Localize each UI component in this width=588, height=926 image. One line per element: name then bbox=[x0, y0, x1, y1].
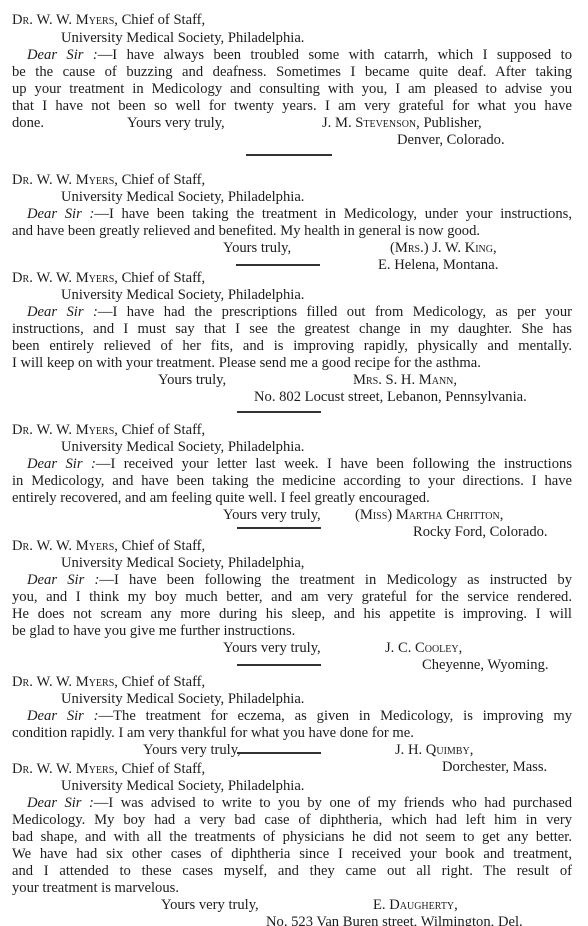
letter-address-line: Dr. W. W. Myers, Chief of Staff, bbox=[12, 172, 205, 189]
letter-closing: Yours truly, bbox=[158, 372, 226, 389]
letter-closing: Yours very truly, bbox=[223, 640, 321, 657]
letter-signature: J. C. Cooley, bbox=[385, 640, 462, 657]
letter-address-line: Dr. W. W. Myers, Chief of Staff, bbox=[12, 270, 205, 287]
letter-body-line: be the cause of buzzing and deafness. So… bbox=[12, 64, 572, 81]
letter-signature: J. H. Quimby, bbox=[395, 742, 473, 759]
letter-organization: University Medical Society, Philadelphia… bbox=[61, 691, 304, 708]
divider bbox=[237, 752, 321, 754]
letter-body-line: be glad to have you give me further inst… bbox=[12, 623, 295, 640]
letter-address-line: Dr. W. W. Myers, Chief of Staff, bbox=[12, 12, 205, 29]
letter-address-line: Dr. W. W. Myers, Chief of Staff, bbox=[12, 538, 205, 555]
letter-organization: University Medical Society, Philadelphia… bbox=[61, 287, 304, 304]
divider bbox=[246, 154, 332, 156]
letter-body-line: condition rapidly. I am very thankful fo… bbox=[12, 725, 414, 742]
letter-closing: Yours very truly, bbox=[161, 897, 259, 914]
letter-body-line: entirely recovered, and am feeling quite… bbox=[12, 490, 430, 507]
letter-location: Denver, Colorado. bbox=[397, 132, 505, 149]
letter-body-line: I will keep on with your treatment. Plea… bbox=[12, 355, 481, 372]
letter-location: Cheyenne, Wyoming. bbox=[422, 657, 549, 674]
letter-body-line: He does not scream any more during his s… bbox=[12, 606, 572, 623]
letter-body-line: Dear Sir :—The treatment for eczema, as … bbox=[12, 708, 572, 725]
letter-body-line: and I attended to these cases myself, an… bbox=[12, 863, 572, 880]
letter-body-line: that I have not been so well for twenty … bbox=[12, 98, 572, 115]
letter-organization: University Medical Society, Philadelphia… bbox=[61, 555, 304, 572]
letter-body-line: been entirely relieved of her fits, and … bbox=[12, 338, 572, 355]
divider bbox=[236, 264, 320, 266]
letter-closing: Yours truly, bbox=[223, 240, 291, 257]
letter-signature: Mrs. S. H. Mann, bbox=[353, 372, 457, 389]
letter-signature: (Miss) Martha Chritton, bbox=[355, 507, 503, 524]
letter-body-line: Dear Sir :—I have always been troubled s… bbox=[12, 47, 572, 64]
letter-body-line: instructions, and I must say that I see … bbox=[12, 321, 572, 338]
divider bbox=[237, 527, 321, 529]
letter-body-line: bad shape, and with all the treatments o… bbox=[12, 829, 572, 846]
letter-organization: University Medical Society, Philadelphia… bbox=[61, 439, 304, 456]
letter-body-line: Dear Sir :—I have had the prescriptions … bbox=[12, 304, 572, 321]
letter-body-line: Dear Sir :—I received your letter last w… bbox=[12, 456, 572, 473]
letter-address-line: Dr. W. W. Myers, Chief of Staff, bbox=[12, 761, 205, 778]
letter-body-line: done. bbox=[12, 115, 44, 132]
letter-location: Rocky Ford, Colorado. bbox=[413, 524, 548, 541]
letter-signature: E. Daugherty, bbox=[373, 897, 458, 914]
letter-body-line: up your treatment in Medicology and cons… bbox=[12, 81, 572, 98]
letter-body-line: Dear Sir :—I have been following the tre… bbox=[12, 572, 572, 589]
letter-location: E. Helena, Montana. bbox=[378, 257, 498, 274]
letter-closing: Yours very truly, bbox=[143, 742, 241, 759]
letter-signature: J. M. Stevenson, Publisher, bbox=[322, 115, 482, 132]
letter-location: Dorchester, Mass. bbox=[442, 759, 547, 776]
letter-body-line: We have had six other cases of diphtheri… bbox=[12, 846, 572, 863]
divider bbox=[237, 411, 321, 413]
letter-body-line: your treatment is marvelous. bbox=[12, 880, 179, 897]
letter-closing: Yours very truly, bbox=[127, 115, 225, 132]
letter-body-line: Dear Sir :—I was advised to write to you… bbox=[12, 795, 572, 812]
letter-body-line: you, and I think my boy much better, and… bbox=[12, 589, 572, 606]
letter-organization: University Medical Society, Philadelphia… bbox=[61, 30, 304, 47]
letter-address-line: Dr. W. W. Myers, Chief of Staff, bbox=[12, 674, 205, 691]
divider bbox=[237, 664, 321, 666]
letter-location: No. 523 Van Buren street, Wilmington, De… bbox=[266, 914, 523, 926]
letter-closing: Yours very truly, bbox=[223, 507, 321, 524]
letter-signature: (Mrs.) J. W. King, bbox=[390, 240, 497, 257]
letter-location: No. 802 Locust street, Lebanon, Pennsylv… bbox=[254, 389, 527, 406]
letter-body-line: Medicology. My boy had a very bad case o… bbox=[12, 812, 572, 829]
letter-body-line: in Medicology, and have been taking the … bbox=[12, 473, 572, 490]
letter-body-line: Dear Sir :—I have been taking the treatm… bbox=[12, 206, 572, 223]
letter-organization: University Medical Society, Philadelphia… bbox=[61, 778, 304, 795]
letter-address-line: Dr. W. W. Myers, Chief of Staff, bbox=[12, 422, 205, 439]
letter-organization: University Medical Society, Philadelphia… bbox=[61, 189, 304, 206]
letter-body-line: and have been greatly relieved and benef… bbox=[12, 223, 480, 240]
